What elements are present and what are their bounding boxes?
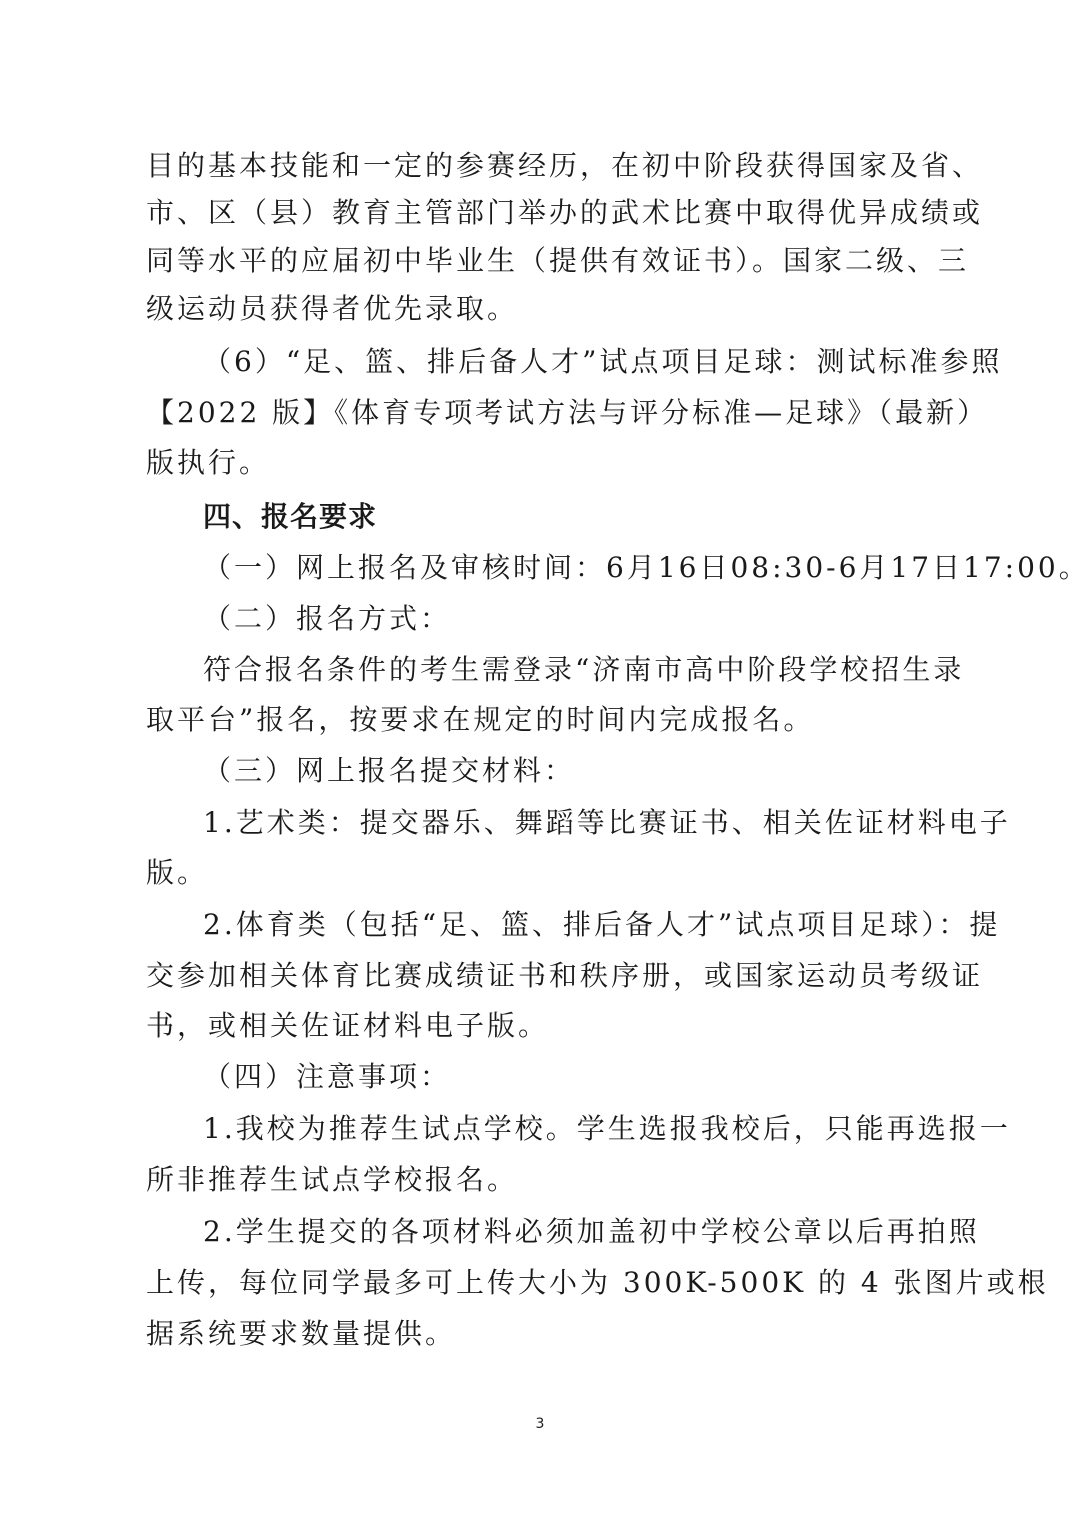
text-line: 书，或相关佐证材料电子版。 bbox=[146, 1006, 936, 1046]
section-heading: 四、报名要求 bbox=[203, 497, 936, 537]
page-number: 3 bbox=[0, 1416, 1080, 1432]
text-line: 版。 bbox=[146, 853, 936, 893]
document-page: 目的基本技能和一定的参赛经历，在初中阶段获得国家及省、市、区（县）教育主管部门举… bbox=[0, 0, 1080, 1528]
text-line: 交参加相关体育比赛成绩证书和秩序册，或国家运动员考级证 bbox=[146, 956, 936, 996]
text-line: 据系统要求数量提供。 bbox=[146, 1314, 936, 1354]
text-line: 版执行。 bbox=[146, 443, 936, 483]
text-line: （三）网上报名提交材料： bbox=[203, 751, 936, 791]
text-line: 市、区（县）教育主管部门举办的武术比赛中取得优异成绩或 bbox=[146, 193, 936, 233]
text-line: 级运动员获得者优先录取。 bbox=[146, 289, 936, 329]
text-line: （6）“足、篮、排后备人才”试点项目足球：测试标准参照 bbox=[203, 342, 936, 382]
text-line: 取平台”报名，按要求在规定的时间内完成报名。 bbox=[146, 700, 936, 740]
text-line: 2.体育类（包括“足、篮、排后备人才”试点项目足球）：提 bbox=[203, 905, 936, 945]
text-line: （一）网上报名及审核时间：6月16日08:30-6月17日17:00。 bbox=[203, 548, 936, 588]
text-line: 上传，每位同学最多可上传大小为 300K-500K 的 4 张图片或根 bbox=[146, 1263, 936, 1303]
text-line: （四）注意事项： bbox=[203, 1057, 936, 1097]
text-line: 所非推荐生试点学校报名。 bbox=[146, 1160, 936, 1200]
text-line: （二）报名方式： bbox=[203, 599, 936, 639]
text-line: 同等水平的应届初中毕业生（提供有效证书）。国家二级、三 bbox=[146, 241, 936, 281]
text-line: 目的基本技能和一定的参赛经历，在初中阶段获得国家及省、 bbox=[146, 146, 936, 186]
text-line: 1.艺术类：提交器乐、舞蹈等比赛证书、相关佐证材料电子 bbox=[203, 803, 936, 843]
text-line: 【2022 版】《体育专项考试方法与评分标准—足球》（最新） bbox=[146, 393, 936, 433]
text-line: 2.学生提交的各项材料必须加盖初中学校公章以后再拍照 bbox=[203, 1212, 936, 1252]
text-line: 1.我校为推荐生试点学校。学生选报我校后，只能再选报一 bbox=[203, 1109, 936, 1149]
text-line: 符合报名条件的考生需登录“济南市高中阶段学校招生录 bbox=[203, 650, 936, 690]
